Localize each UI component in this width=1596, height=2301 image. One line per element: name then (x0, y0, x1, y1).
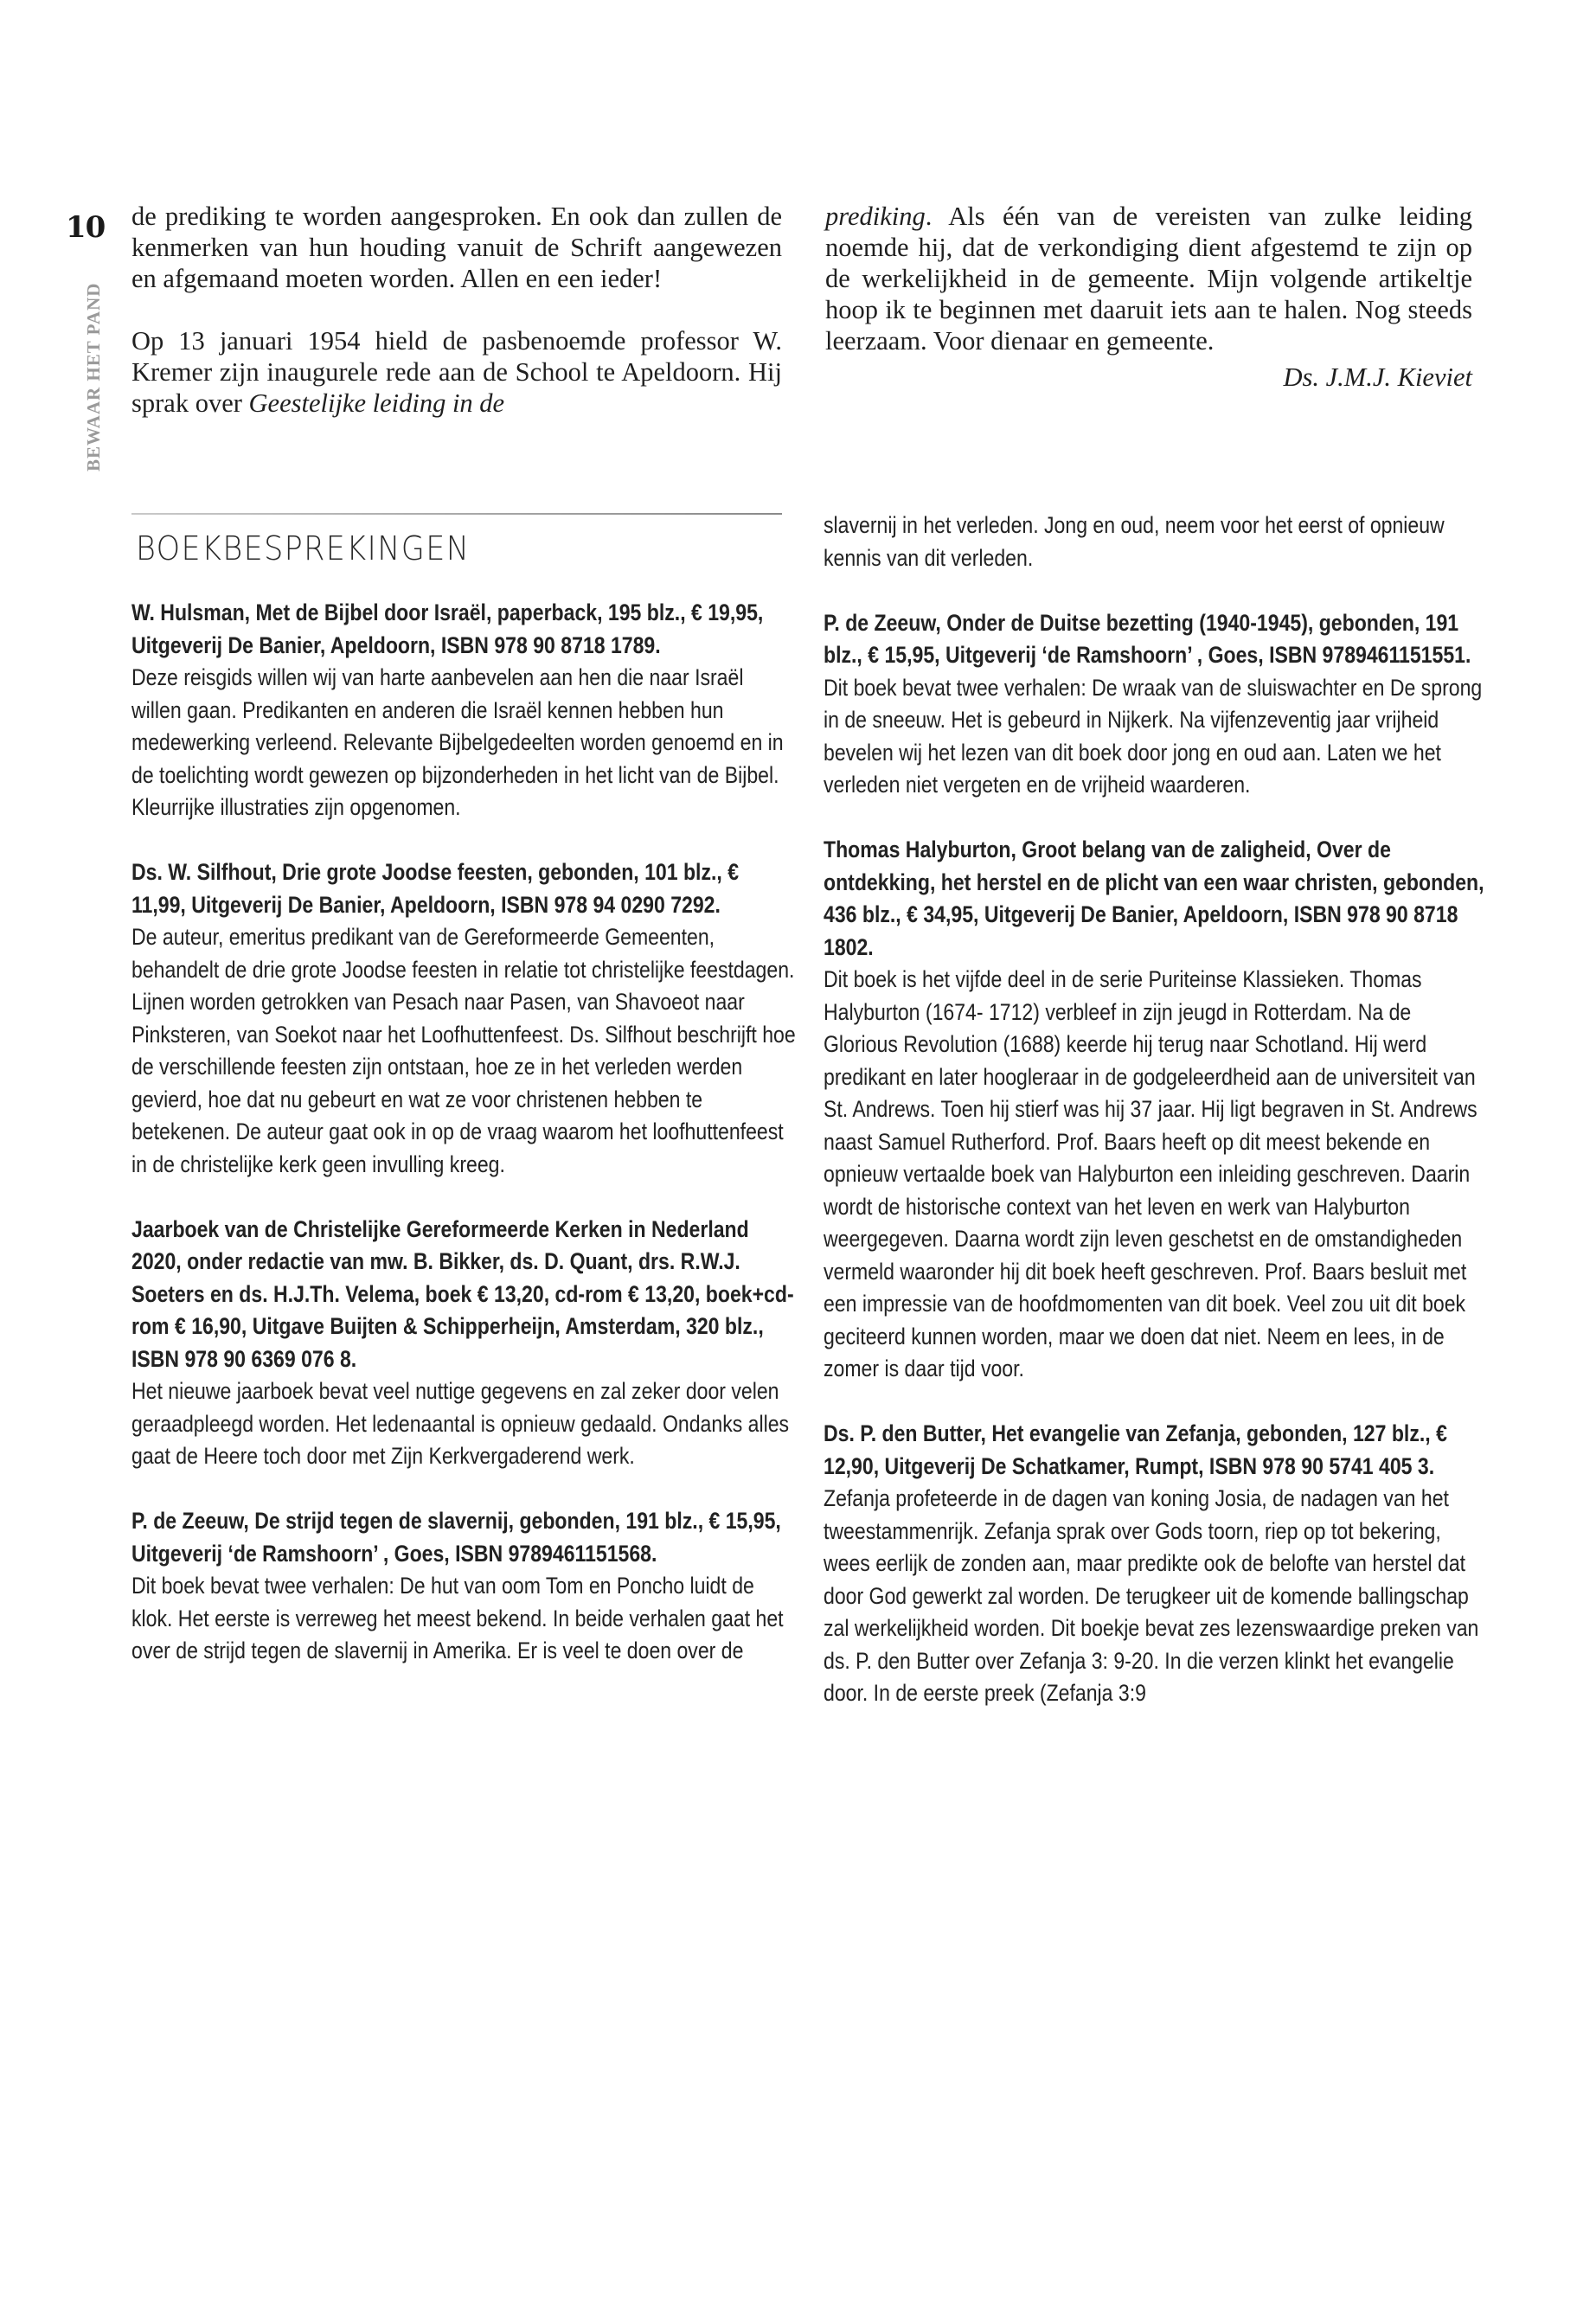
intro-left-column: de prediking te worden aangesproken. En … (131, 201, 782, 419)
review-body: Het nieuwe jaarboek bevat veel nuttige g… (131, 1375, 798, 1473)
reviews-right-column: slavernij in het verleden. Jong en oud, … (824, 510, 1490, 1742)
review-heading: Thomas Halyburton, Groot belang van de z… (824, 834, 1490, 964)
review-heading: P. de Zeeuw, Onder de Duitse bezetting (… (824, 607, 1490, 672)
review-body: De auteur, emeritus predikant van de Ger… (131, 921, 798, 1181)
review-body: Zefanja profeteerde in de dagen van koni… (824, 1483, 1490, 1710)
book-review: Jaarboek van de Christelijke Gereformeer… (131, 1214, 798, 1473)
book-review: Ds. W. Silfhout, Drie grote Joodse feest… (131, 856, 798, 1181)
section-divider (131, 513, 782, 515)
review-body: Dit boek bevat twee verhalen: De wraak v… (824, 672, 1490, 802)
book-review: P. de Zeeuw, De strijd tegen de slaverni… (131, 1505, 798, 1668)
intro-paragraph: prediking. Als één van de vereisten van … (825, 201, 1472, 356)
section-title: BOEKBESPREKINGEN (136, 529, 470, 567)
side-label: BEWAAR HET PAND (83, 283, 105, 471)
page-number: 10 (66, 210, 105, 245)
review-continuation: slavernij in het verleden. Jong en oud, … (824, 510, 1490, 574)
author-signature: Ds. J.M.J. Kieviet (825, 362, 1472, 393)
review-heading: P. de Zeeuw, De strijd tegen de slaverni… (131, 1505, 798, 1570)
review-heading: Ds. W. Silfhout, Drie grote Joodse feest… (131, 856, 798, 921)
book-review: W. Hulsman, Met de Bijbel door Israël, p… (131, 597, 798, 824)
book-review: P. de Zeeuw, Onder de Duitse bezetting (… (824, 607, 1490, 802)
book-review: Thomas Halyburton, Groot belang van de z… (824, 834, 1490, 1386)
review-heading: Jaarboek van de Christelijke Gereformeer… (131, 1214, 798, 1376)
reviews-left-column: W. Hulsman, Met de Bijbel door Israël, p… (131, 597, 798, 1700)
review-heading: W. Hulsman, Met de Bijbel door Israël, p… (131, 597, 798, 662)
intro-paragraph: de prediking te worden aangesproken. En … (131, 201, 782, 294)
lecture-title-part: Geestelijke leiding in de (249, 388, 505, 418)
book-review: Ds. P. den Butter, Het evangelie van Zef… (824, 1418, 1490, 1710)
intro-paragraph: Op 13 januari 1954 hield de pasbenoemde … (131, 325, 782, 419)
review-body: Dit boek is het vijfde deel in de serie … (824, 964, 1490, 1386)
lecture-title-part: prediking (825, 202, 926, 231)
review-heading: Ds. P. den Butter, Het evangelie van Zef… (824, 1418, 1490, 1483)
intro-right-column: prediking. Als één van de vereisten van … (825, 201, 1472, 393)
review-body: Deze reisgids willen wij van harte aanbe… (131, 662, 798, 824)
review-body: Dit boek bevat twee verhalen: De hut van… (131, 1570, 798, 1668)
